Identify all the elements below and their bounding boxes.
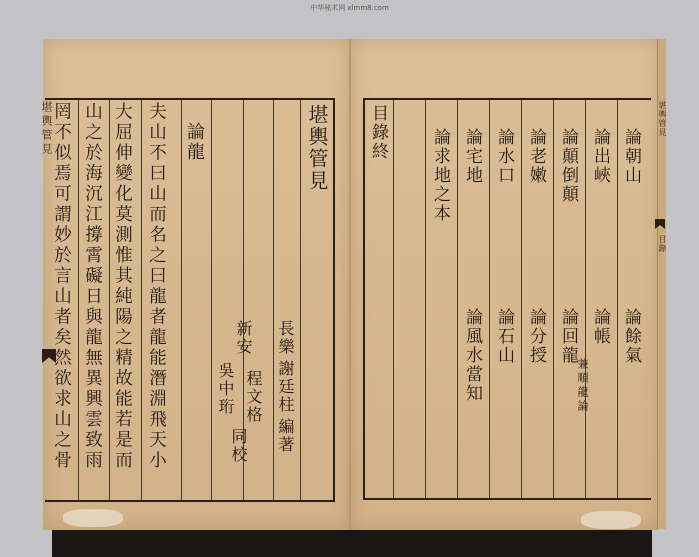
paper-stain [63,509,123,527]
body-column: 山之於海沉江撐霄礙日與龍無異興雲致雨 [83,102,101,471]
column-rule [273,100,274,500]
spine-edge-title: 堪輿管見 [658,101,666,137]
page-fold-edge: 堪輿管見 目錄 [657,39,666,529]
left-page: 堪輿管見 長樂 謝廷柱 編著 新安 程文格 吳中珩 同校 論龍 夫山不曰山而名之… [43,39,349,530]
column-rule [211,100,212,500]
watermark: 中华秘术网 xlmm8.com [0,3,699,13]
editor-place: 新安 [235,320,251,356]
toc-item: 論老嫩 [527,128,544,185]
body-column: 罔不似焉可謂妙於言山者矣然欲求山之骨 [52,102,70,471]
column-rule [109,100,110,500]
compiler-role: 編著 [277,418,293,454]
column-rule [181,100,182,500]
book-title: 堪輿管見 [307,104,327,192]
editor-role: 同校 [230,428,246,464]
column-rule [521,100,522,498]
paper-stain [581,511,641,529]
toc-item: 論回龍 [559,308,576,365]
fishtail-mark [655,219,665,229]
column-rule [553,100,554,498]
column-rule [457,100,458,498]
toc-item: 論求地之本 [431,128,448,223]
column-rule [617,100,618,498]
toc-item: 論石山 [495,308,512,365]
toc-item: 論帳 [591,308,608,346]
right-page-frame: 論朝山 論餘氣 論出峽 論帳 論顛倒顛 論回龍 兼順龍論 論老嫩 論分授 論水口… [363,98,651,500]
spine-edge-title: 堪輿管見 [41,101,52,157]
column-rule [300,100,301,500]
chapter-heading: 論龍 [185,122,203,162]
book-shadow [52,528,652,557]
toc-item: 論風水當知 [463,308,480,403]
compiler-place: 長樂 [277,320,293,356]
column-rule [489,100,490,498]
editor2-name: 吳中珩 [217,362,233,416]
toc-item: 論水口 [495,128,512,185]
column-rule [585,100,586,498]
toc-item: 論餘氣 [622,308,639,365]
body-column: 夫山不曰山而名之曰龍者龍能潛淵飛天小 [147,102,165,471]
toc-item: 論分授 [527,308,544,365]
left-page-frame: 堪輿管見 長樂 謝廷柱 編著 新安 程文格 吳中珩 同校 論龍 夫山不曰山而名之… [45,98,335,502]
compiler-name: 謝廷柱 [277,360,293,414]
toc-end-marker: 目錄終 [369,104,386,161]
spine-section-label: 目錄 [658,235,666,253]
toc-note: 兼順龍論 [577,358,588,414]
toc-item: 論朝山 [622,128,639,185]
column-rule [393,100,394,498]
right-page: 論朝山 論餘氣 論出峽 論帳 論顛倒顛 論回龍 兼順龍論 論老嫩 論分授 論水口… [349,39,659,530]
column-rule [141,100,142,500]
body-column: 大屈伸變化莫測惟其純陽之精故能若是而 [113,102,131,471]
column-rule [78,100,79,500]
editor1-name: 程文格 [245,370,261,424]
column-rule [425,100,426,498]
toc-item: 論宅地 [463,128,480,185]
toc-item: 論出峽 [591,128,608,185]
toc-item: 論顛倒顛 [559,128,576,204]
